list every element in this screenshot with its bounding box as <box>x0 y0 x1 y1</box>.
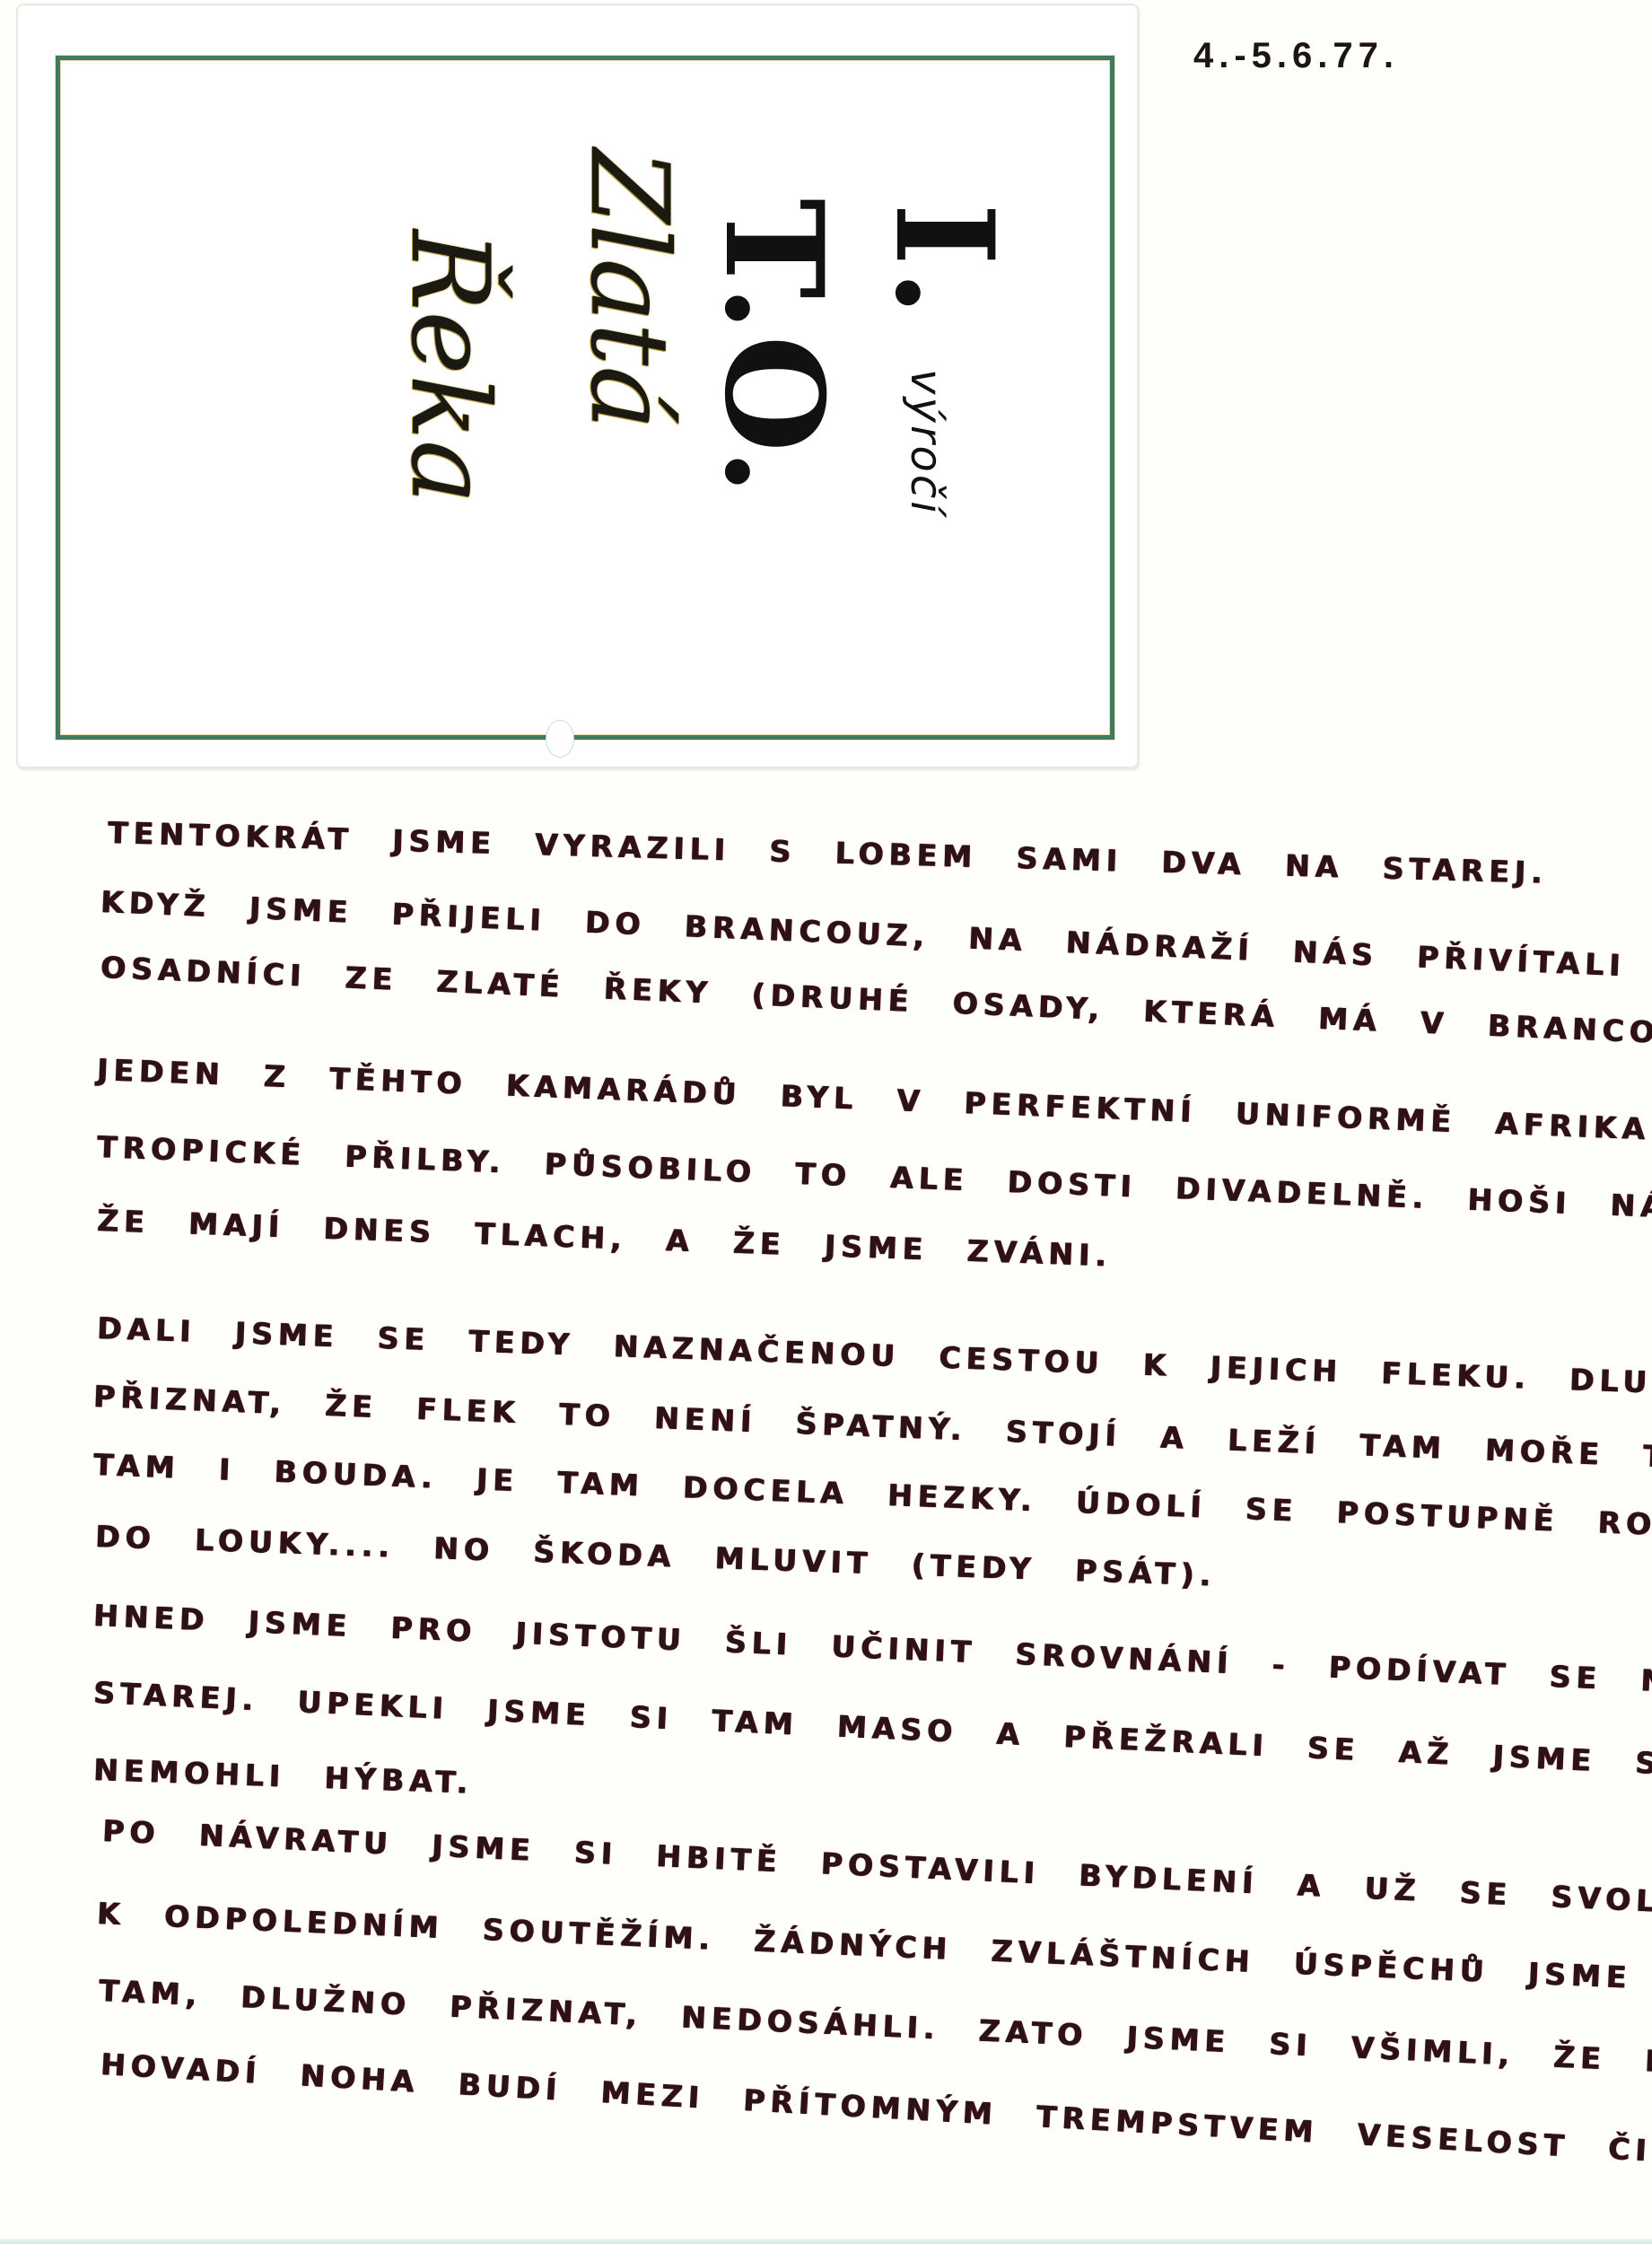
journal-line: NEMOHLI HÝBAT. <box>92 1752 473 1801</box>
journal-line: ŽE MAJÍ DNES TLACH, A ŽE JSME ZVÁNI. <box>96 1203 1112 1273</box>
journal-line: TENTOKRÁT JSME VYRAZILI S LOBEM SAMI DVA… <box>107 815 1547 890</box>
journal-entry: TENTOKRÁT JSME VYRAZILI S LOBEM SAMI DVA… <box>0 0 1652 2244</box>
journal-line: DO LOUKY.... NO ŠKODA MLUVIT (TEDY PSÁT)… <box>94 1519 1216 1593</box>
journal-line: K ODPOLEDNÍM SOUTĚŽÍM. ŽÁDNÝCH ZVLÁŠTNÍC… <box>96 1896 1632 1995</box>
page-bottom-edge <box>0 2239 1652 2244</box>
